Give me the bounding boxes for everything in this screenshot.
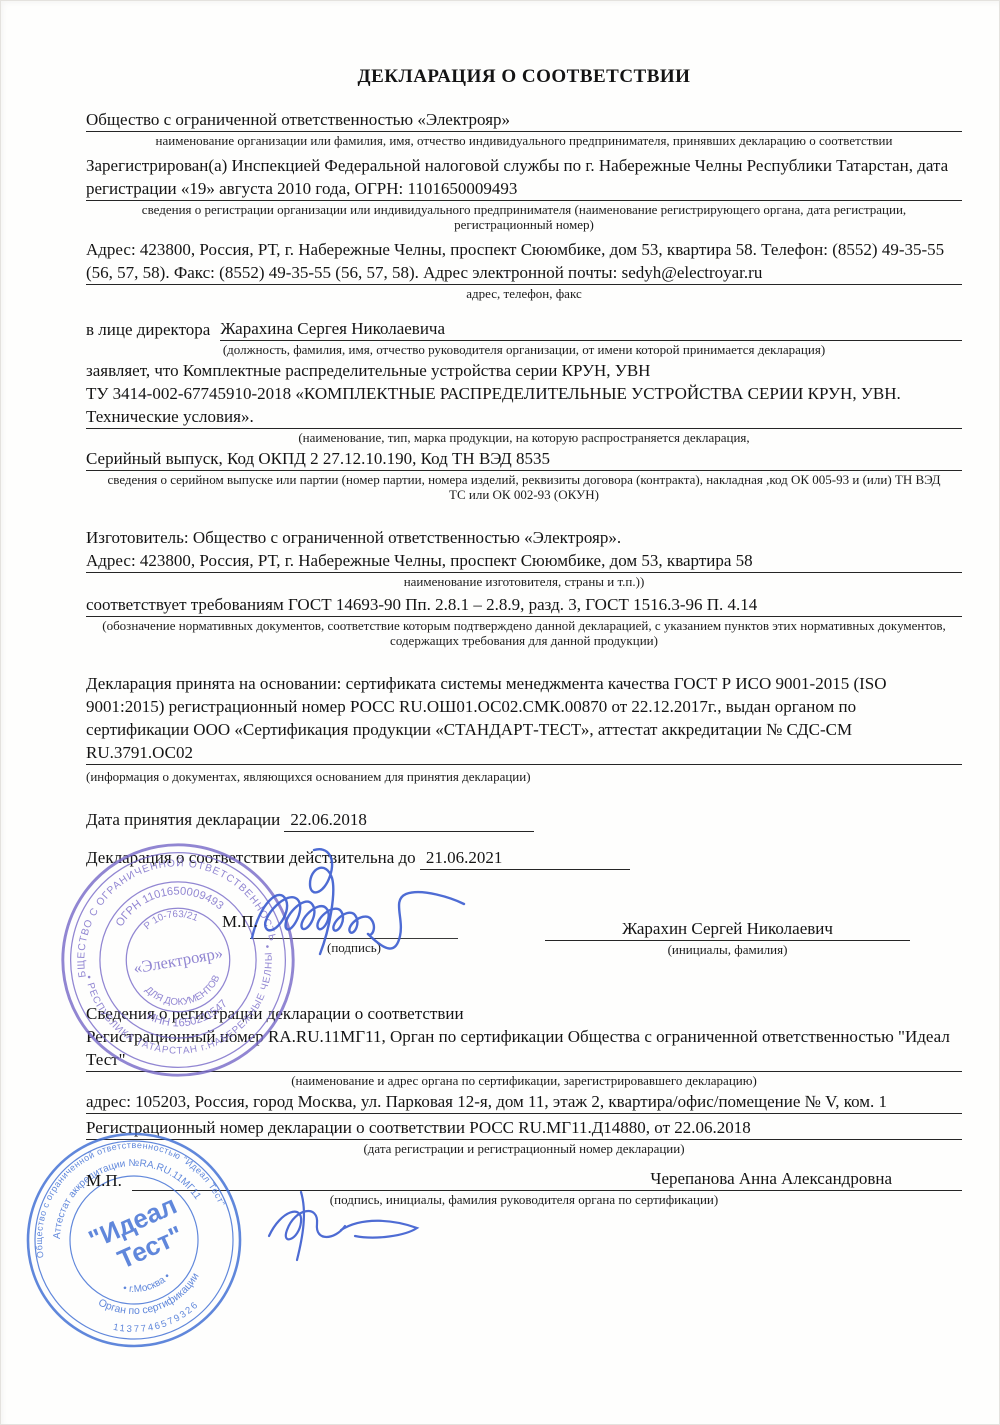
registrar-name-caption: (подпись, инициалы, фамилия руководителя… xyxy=(86,1191,962,1209)
signature-director xyxy=(236,842,471,967)
stamp-electroyar-ogrn: ОГРН 1101650009493 xyxy=(109,877,227,931)
product-tu-line: ТУ 3414-002-67745910-2018 «КОМПЛЕКТНЫЕ Р… xyxy=(86,382,962,428)
stamp-electroyar-reg-code: Р 10-763/21 xyxy=(140,905,201,933)
declarant-registration-caption: сведения о регистрации организации или и… xyxy=(102,201,947,234)
representative-line: в лице директора Жарахина Сергея Николае… xyxy=(86,317,962,341)
director-name: Жарахин Сергей Николаевич xyxy=(545,918,910,941)
representative-prefix: в лице директора xyxy=(86,318,220,341)
spacer xyxy=(86,504,962,526)
adoption-date-line: Дата принятия декларации 22.06.2018 xyxy=(86,808,962,832)
manufacturer-name: Изготовитель: Общество с ограниченной от… xyxy=(86,526,962,549)
spacer xyxy=(86,786,962,808)
representative-caption: (должность, фамилия, имя, отчество руков… xyxy=(86,341,962,359)
stamp-ideal-outer-number: 1137746579326 xyxy=(110,1298,205,1345)
svg-text:Р 10-763/21: Р 10-763/21 xyxy=(140,905,201,933)
svg-text:1137746579326: 1137746579326 xyxy=(110,1298,205,1345)
registration-number-line: Регистрационный номер RA.RU.11МГ11, Орга… xyxy=(86,1025,962,1072)
director-name-block: Жарахин Сергей Николаевич (инициалы, фам… xyxy=(545,918,910,959)
certification-body-address: адрес: 105203, Россия, город Москва, ул.… xyxy=(86,1090,962,1114)
stamp-ideal-center-2: Тест" xyxy=(113,1219,188,1274)
svg-text:ОГРН 1101650009493: ОГРН 1101650009493 xyxy=(109,877,227,931)
signature-area-director: М.П. (подпись) Жарахин Сергей Николаевич… xyxy=(86,870,962,1002)
product-caption: (наименование, тип, марка продукции, на … xyxy=(86,429,962,447)
product-declaration-line: заявляет, что Комплектные распределитель… xyxy=(86,359,962,382)
adoption-date-label: Дата принятия декларации xyxy=(86,810,280,829)
declarant-name: Общество с ограниченной ответственностью… xyxy=(86,108,962,132)
stamp-ideal-inner-bottom: Орган по сертификации xyxy=(94,1269,208,1330)
spacer xyxy=(86,650,962,672)
mp-label-director: М.П. xyxy=(222,912,258,932)
declaration-number-line: Регистрационный номер декларации о соотв… xyxy=(86,1116,962,1140)
declarant-registration: Зарегистрирован(а) Инспекцией Федерально… xyxy=(86,154,962,201)
stamp-electroyar-center: «Электрояр» xyxy=(132,943,224,977)
adoption-date-value: 22.06.2018 xyxy=(284,808,534,832)
valid-until-line: Декларация о соответствии действительна … xyxy=(86,846,962,870)
signature-area-registrar: М.П. Черепанова Анна Александровна xyxy=(86,1168,962,1191)
conformity-caption: (обозначение нормативных документов, соо… xyxy=(97,617,952,650)
declarant-contacts-caption: адрес, телефон, факс xyxy=(86,285,962,303)
declarant-contacts: Адрес: 423800, Россия, РТ, г. Набережные… xyxy=(86,238,962,285)
representative-name: Жарахина Сергея Николаевича xyxy=(220,317,962,341)
signature-registrar xyxy=(255,1178,435,1273)
director-name-caption: (инициалы, фамилия) xyxy=(545,941,910,959)
product-serial: Серийный выпуск, Код ОКПД 2 27.12.10.190… xyxy=(86,447,962,471)
stamp-ideal-city: • г.Москва • xyxy=(119,1269,175,1300)
spacer xyxy=(86,303,962,317)
mp-label-registrar: М.П. xyxy=(86,1171,132,1191)
manufacturer-caption: наименование изготовителя, страны и т.п.… xyxy=(86,573,962,591)
manufacturer-address: Адрес: 423800, Россия, РТ, г. Набережные… xyxy=(86,549,962,573)
registration-section-heading: Сведения о регистрации декларации о соот… xyxy=(86,1002,962,1025)
declaration-number-caption: (дата регистрации и регистрационный номе… xyxy=(86,1140,962,1158)
basis-text: Декларация принята на основании: сертифи… xyxy=(86,672,962,765)
declaration-document: ДЕКЛАРАЦИЯ О СООТВЕТСТВИИ Общество с огр… xyxy=(0,0,1000,1425)
basis-caption: (информация о документах, являющихся осн… xyxy=(86,765,962,786)
spacer xyxy=(86,832,962,846)
conformity-requirements: соответствует требованиям ГОСТ 14693-90 … xyxy=(86,593,962,617)
declarant-name-caption: наименование организации или фамилия, им… xyxy=(94,132,954,150)
svg-text:Орган по сертификации: Орган по сертификации xyxy=(94,1269,208,1330)
registration-caption: (наименование и адрес органа по сертифик… xyxy=(86,1072,962,1090)
product-serial-caption: сведения о серийном выпуске или партии (… xyxy=(99,471,949,504)
document-title: ДЕКЛАРАЦИЯ О СООТВЕТСТВИИ xyxy=(86,66,962,88)
svg-text:• г.Москва •: • г.Москва • xyxy=(119,1269,175,1300)
product-block: заявляет, что Комплектные распределитель… xyxy=(86,359,962,429)
